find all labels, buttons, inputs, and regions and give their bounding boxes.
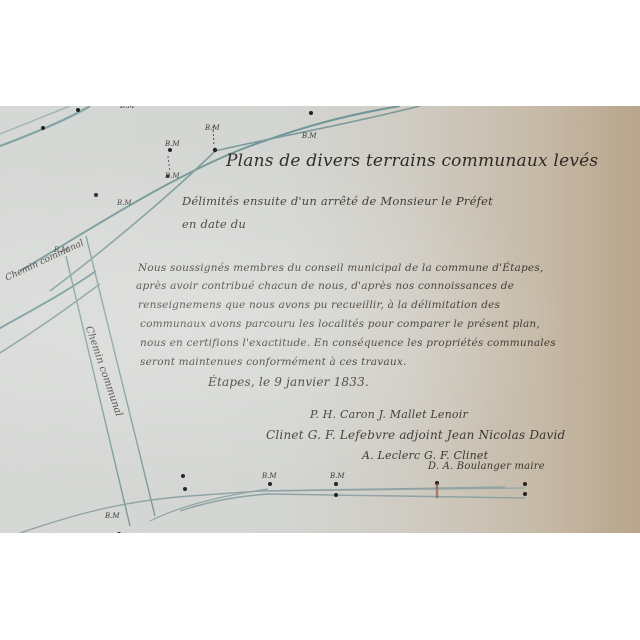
boundary-mark-label: B.M (205, 124, 220, 132)
map-drawing (0, 106, 640, 533)
place-date: Étapes, le 9 janvier 1833. (208, 375, 369, 389)
road-label-vertical: Chemin communal (83, 325, 124, 418)
signature-line: P. H. Caron J. Mallet Lenoir (310, 408, 468, 421)
signature-line: A. Leclerc G. F. Clinet (362, 449, 488, 462)
boundary-mark-label: B.M (262, 472, 277, 480)
road-label-upper: Chemin communal (4, 238, 86, 283)
boundary-mark-label: B.M (165, 172, 180, 180)
boundary-mark-label: B.M (117, 199, 132, 207)
boundary-mark-label: B.M (302, 132, 317, 140)
declaration-line: nous en certifions l'exactitude. En cons… (140, 337, 556, 349)
declaration-line: après avoir contribué chacun de nous, d'… (136, 280, 514, 292)
plan-title: Plans de divers terrains communaux levés (226, 151, 598, 171)
declaration-line: seront maintenues conformément à ces tra… (140, 356, 406, 368)
boundary-mark-label: B.M (54, 246, 69, 254)
signature-line: D. A. Boulanger maire (428, 461, 545, 472)
boundary-mark-label: B.M (165, 140, 180, 148)
declaration-line: renseignemens que nous avons pu recueill… (138, 299, 500, 311)
signature-line: Clinet G. F. Lefebvre adjoint Jean Nicol… (266, 428, 565, 442)
document-photo: B.M B.M B.M B.M B.M B.M B.M B.M B.M B.M … (0, 106, 640, 533)
plan-subtitle: Délimités ensuite d'un arrêté de Monsieu… (182, 194, 493, 208)
boundary-mark-label: B.M (330, 472, 345, 480)
declaration-line: Nous soussignés membres du conseil munic… (138, 262, 543, 274)
plan-subtitle-date: en date du (182, 217, 246, 231)
boundary-mark-label: B.M (120, 106, 135, 110)
boundary-mark-label: B.M (105, 512, 120, 520)
declaration-line: communaux avons parcouru les localités p… (140, 318, 540, 330)
